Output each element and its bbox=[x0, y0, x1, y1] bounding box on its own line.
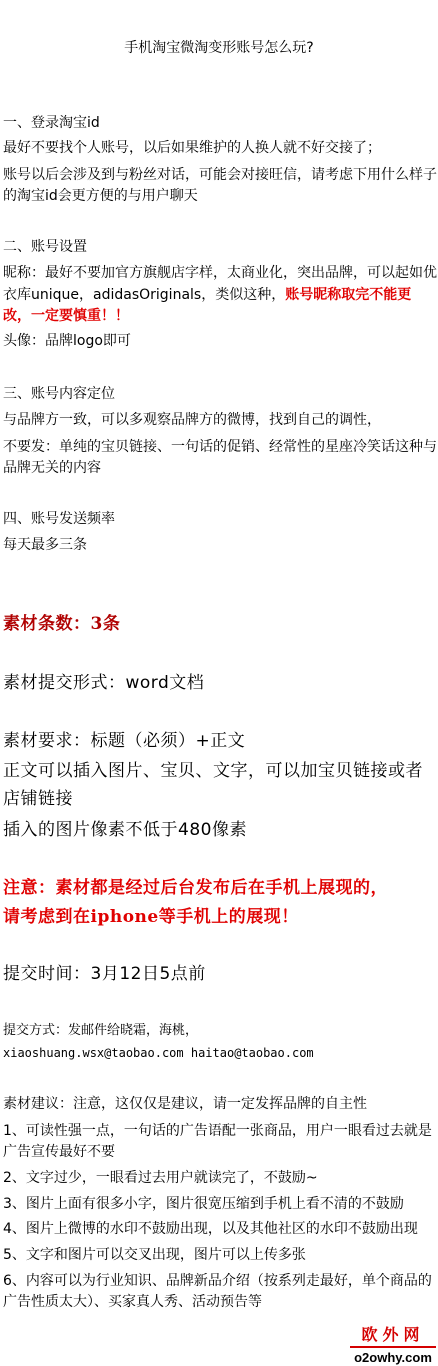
watermark-url: o2owhy.com bbox=[350, 1350, 436, 1365]
section-text: 账号以后会涉及到与粉丝对话，可能会对接旺信，请考虑下用什么样子 bbox=[3, 168, 437, 182]
notice-text: 请考虑到在iphone等手机上的展现！ bbox=[3, 909, 299, 926]
suggestions-intro: 素材建议：注意，这仅仅是建议，请一定发挥品牌的自主性 bbox=[3, 1097, 367, 1111]
section-heading-account-settings: 二、账号设置 bbox=[3, 240, 87, 254]
watermark-logo: 欧外网 o2owhy.com bbox=[350, 1322, 436, 1365]
material-body-text: 正文可以插入图片、宝贝、文字，可以加宝贝链接或者 bbox=[3, 763, 423, 780]
material-count: 素材条数：3条 bbox=[3, 616, 120, 633]
section-text: 最好不要找个人账号，以后如果维护的人换人就不好交接了； bbox=[3, 141, 381, 155]
section-heading-post-frequency: 四、账号发送频率 bbox=[3, 512, 115, 526]
nickname-warning-cont: 改，一定要慎重！！ bbox=[3, 309, 129, 323]
suggestion-item: 2、文字过少，一眼看过去用户就读完了，不鼓励~ bbox=[3, 1171, 318, 1185]
section-text: 的淘宝id会更方便的与用户聊天 bbox=[3, 189, 198, 203]
suggestion-item-cont: 广告宣传最好不要 bbox=[3, 1145, 115, 1159]
nickname-text: 昵称：最好不要加官方旗舰店字样，太商业化，突出品牌，可以起如优 bbox=[3, 266, 437, 280]
material-body-text: 店铺链接 bbox=[3, 791, 73, 808]
notice-text: 注意：素材都是经过后台发布后在手机上展现的， bbox=[3, 880, 388, 897]
avatar-text: 头像：品牌logo即可 bbox=[3, 334, 131, 348]
section-text: 与品牌方一致，可以多观察品牌方的微博，找到自己的调性， bbox=[3, 413, 381, 427]
submission-emails: xiaoshuang.wsx@taobao.com haitao@taobao.… bbox=[3, 1047, 314, 1059]
submission-deadline: 提交时间：3月12日5点前 bbox=[3, 966, 206, 983]
section-heading-content-positioning: 三、账号内容定位 bbox=[3, 387, 115, 401]
suggestion-item-cont: 广告性质太大）、买家真人秀、活动预告等 bbox=[3, 1295, 262, 1309]
suggestion-item: 4、图片上微博的水印不鼓励出现，以及其他社区的水印不鼓励出现 bbox=[3, 1222, 418, 1236]
material-format: 素材提交形式：word文档 bbox=[3, 675, 204, 692]
suggestion-item: 6、内容可以为行业知识、品牌新品介绍（按系列走最好，单个商品的 bbox=[3, 1274, 432, 1288]
suggestion-item: 1、可读性强一点，一句话的广告语配一张商品，用户一眼看过去就是 bbox=[3, 1124, 432, 1138]
suggestion-item: 3、图片上面有很多小字，图片很宽压缩到手机上看不清的不鼓励 bbox=[3, 1197, 404, 1211]
nickname-examples: 衣库unique，adidasOriginals，类似这种， bbox=[3, 287, 285, 303]
submission-method: 提交方式：发邮件给晓霜，海桃， bbox=[3, 1024, 198, 1037]
material-pixel-requirement: 插入的图片像素不低于480像素 bbox=[3, 822, 247, 839]
section-text: 每天最多三条 bbox=[3, 538, 87, 552]
nickname-warning: 账号昵称取完不能更 bbox=[285, 287, 411, 303]
section-text: 不要发：单纯的宝贝链接、一句话的促销、经常性的星座冷笑话这种与 bbox=[3, 440, 437, 454]
nickname-text-line2: 衣库unique，adidasOriginals，类似这种，账号昵称取完不能更 bbox=[3, 288, 411, 302]
material-requirement: 素材要求：标题（必须）+正文 bbox=[3, 733, 245, 750]
section-heading-login: 一、登录淘宝id bbox=[3, 116, 100, 130]
section-text: 品牌无关的内容 bbox=[3, 461, 101, 475]
page-title: 手机淘宝微淘变形账号怎么玩? bbox=[0, 37, 438, 57]
suggestion-item: 5、文字和图片可以交叉出现，图片可以上传多张 bbox=[3, 1248, 306, 1262]
watermark-name: 欧外网 bbox=[350, 1322, 436, 1348]
